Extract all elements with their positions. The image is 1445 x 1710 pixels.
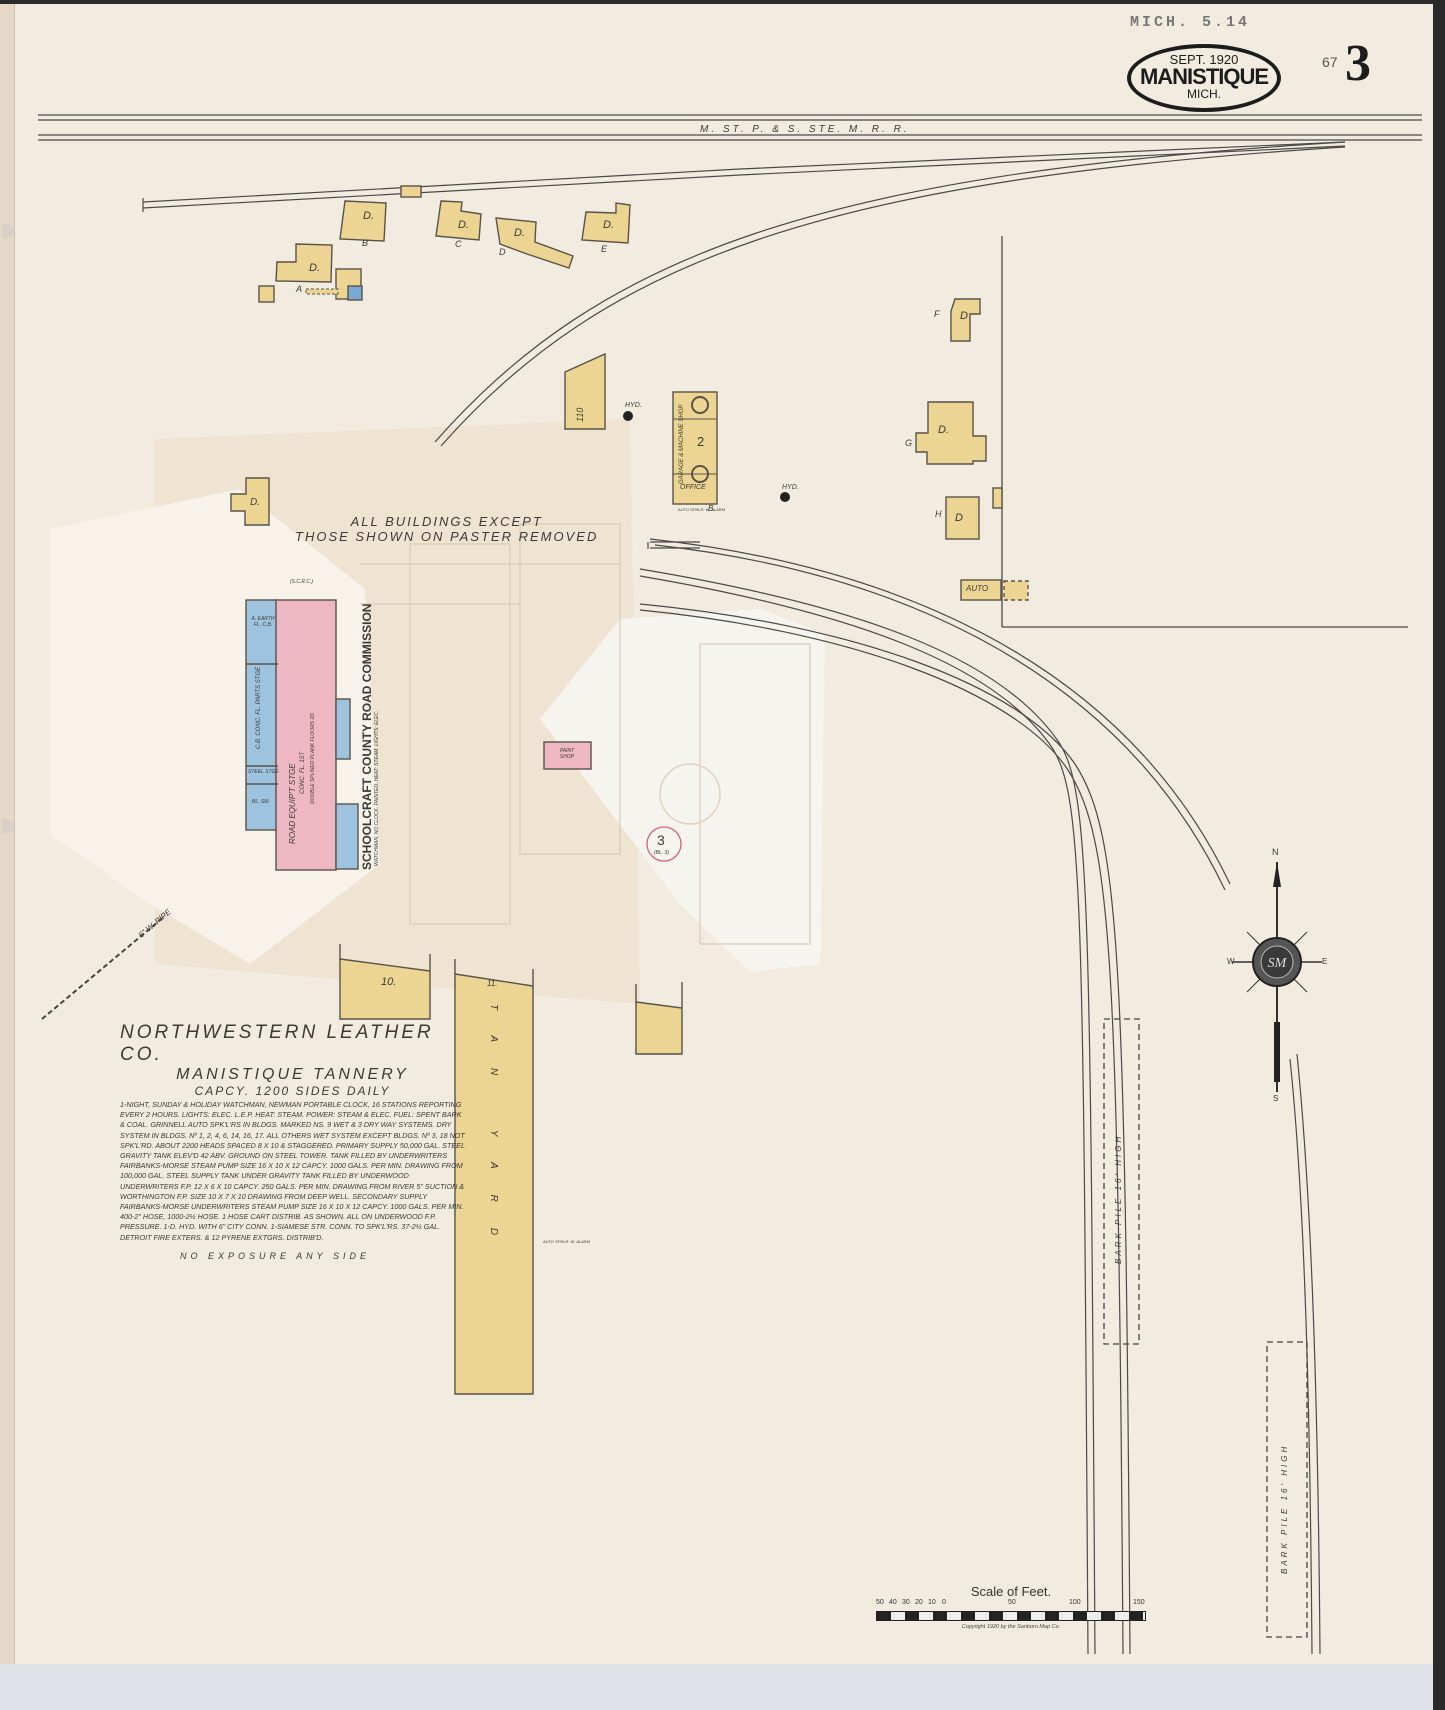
hydrant <box>780 492 790 502</box>
conc-floor-label: CONC. FL. 1ST <box>300 752 306 794</box>
paster-notice: ALL BUILDINGS EXCEPT THOSE SHOWN ON PAST… <box>295 514 598 544</box>
compass-south: S <box>1273 1094 1278 1103</box>
circled-ref-sub: (BL. 3) <box>654 850 669 856</box>
property-line <box>1002 236 1408 627</box>
road-commission-subtitle: WATCHMAN, NO CLOCK. PAINTED. HEAT: STEAM… <box>374 711 380 866</box>
road-commission-tag: (S.C.R.C.) <box>290 579 313 585</box>
building-110 <box>565 354 605 429</box>
dwelling-label: D. <box>514 227 525 239</box>
fire-protection-notes: 1-NIGHT, SUNDAY & HOLIDAY WATCHMAN, NEWM… <box>120 1100 465 1243</box>
scale-ticks: 50 40 30 20 10 0 50 100 150 <box>876 1599 1146 1611</box>
circled-ref-number: 3 <box>657 832 665 848</box>
earth-floor-label: A. EARTH FL. C.B. <box>250 616 276 628</box>
office-label: OFFICE <box>680 484 706 491</box>
title-cartouche: SEPT. 1920 MANISTIQUE MICH. <box>1127 44 1281 112</box>
tan-yard-label: TAN YARD <box>488 1004 499 1261</box>
state-name: MICH. <box>1131 87 1277 101</box>
hydrant-label: HYD. <box>625 402 642 409</box>
scale-of-feet: Scale of Feet. 50 40 30 20 10 0 50 100 1… <box>876 1584 1146 1630</box>
dwelling-id: E <box>601 244 607 254</box>
bark-pile-label: BARK PILE 16' HIGH <box>1114 1134 1123 1264</box>
company-name: NORTHWESTERN LEATHER CO. <box>120 1022 465 1066</box>
dwelling-id: G <box>905 438 912 448</box>
tan-yard-alarm: AUTO SPKLR. W. ALARM <box>543 1239 590 1244</box>
dwelling-id: F <box>934 309 940 319</box>
bark-pile-label: BARK PILE 16' HIGH <box>1280 1444 1289 1574</box>
sheet-number: 3 <box>1345 34 1371 93</box>
road-commission-title: SCHOOLCRAFT COUNTY ROAD COMMISSION <box>360 604 374 870</box>
building-10-number: 10. <box>381 976 396 988</box>
dwelling-label: D. <box>603 219 614 231</box>
capacity: CAPCY. 1200 SIDES DAILY <box>120 1084 465 1098</box>
dwelling-label: D. <box>938 424 949 436</box>
dwelling-label: D <box>960 310 968 322</box>
scale-title: Scale of Feet. <box>876 1584 1146 1599</box>
compass-rose: SM <box>1232 862 1322 1092</box>
sprinkler-alarm-label: AUTO SPKLR. W. ALARM <box>678 507 725 512</box>
compass-east: E <box>1322 957 1327 966</box>
compass-north: N <box>1272 847 1279 857</box>
scale-bar <box>876 1611 1146 1621</box>
map-drawing: SM <box>0 4 1433 1664</box>
building-110-label: 110 <box>575 408 585 422</box>
compass-west: W <box>1227 957 1235 966</box>
hydrant-label: HYD. <box>782 484 799 491</box>
map-sheet: SM MICH. 5.14 SEPT. 1920 MANISTIQUE MICH… <box>0 4 1433 1664</box>
dwelling-id: H <box>935 509 942 519</box>
dwelling-label: D. <box>250 497 260 508</box>
railroad-label: M. ST. P. & S. STE. M. R. R. <box>700 124 910 135</box>
dwelling-label: D. <box>363 210 374 222</box>
dwelling-label: D <box>955 512 963 524</box>
blacksmith-label: BL. SM. <box>252 799 270 805</box>
dwelling-id: A <box>296 284 302 294</box>
building-11-number: 11. <box>487 979 498 988</box>
steel-storage-label: STEEL STGE <box>248 769 279 775</box>
garage-stories: 2 <box>697 434 704 449</box>
scan-right-border <box>1433 0 1445 1710</box>
road-equip-label: ROAD EQUIP'T STGE <box>288 763 297 844</box>
copyright: Copyright 1920 by the Sanborn Map Co. <box>876 1624 1146 1630</box>
sheet-prefix: 67 <box>1322 54 1338 70</box>
dwelling-id: B <box>362 238 368 248</box>
plank-floor-label: DOUBLE SPLINED PLANK FLOORS 2D <box>310 713 316 804</box>
plant-name: MANISTIQUE TANNERY <box>120 1066 465 1084</box>
tannery-description-block: NORTHWESTERN LEATHER CO. MANISTIQUE TANN… <box>120 1022 465 1261</box>
dwelling-id: D <box>499 247 506 257</box>
dwelling-id: C <box>455 239 462 249</box>
city-name: MANISTIQUE <box>1131 67 1277 87</box>
parts-storage-label: C.B. CONC. FL. PARTS STGE <box>256 667 262 749</box>
auto-garage-label: AUTO <box>966 584 988 593</box>
svg-text:SM: SM <box>1268 956 1288 971</box>
paint-shop-label: PAINT SHOP <box>553 748 581 760</box>
exposure-note: NO EXPOSURE ANY SIDE <box>180 1251 465 1261</box>
hydrant <box>623 411 633 421</box>
dwelling-label: D. <box>458 219 469 231</box>
garage-shop-label: GARAGE & MACHINE SHOP <box>679 405 685 484</box>
dwelling-label: D. <box>309 262 320 274</box>
archive-stamp: MICH. 5.14 <box>1130 14 1250 31</box>
